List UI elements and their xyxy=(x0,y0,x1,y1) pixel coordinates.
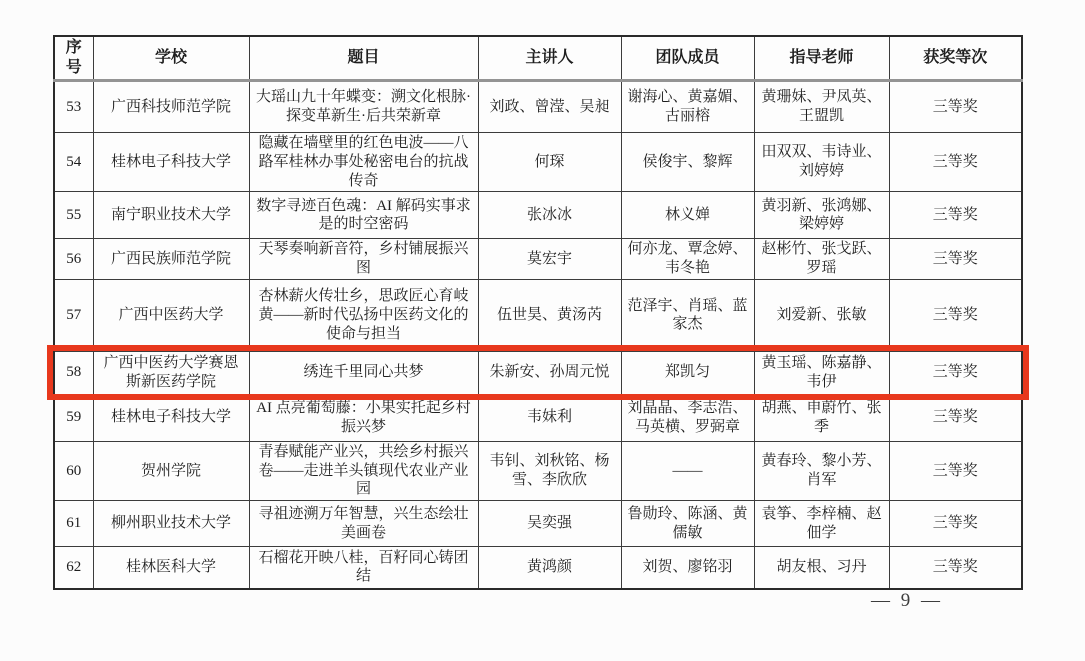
table-row: 61 柳州职业技术大学 寻祖迹溯万年智慧，兴生态绘壮美画卷 吴奕强 鲁勋玲、陈涵… xyxy=(54,501,1022,547)
cell-school: 桂林电子科技大学 xyxy=(93,133,249,192)
table-row: 55 南宁职业技术大学 数字寻迹百色魂：AI 解码实事求是的时空密码 张冰冰 林… xyxy=(54,192,1022,239)
cell-team-members: —— xyxy=(621,441,754,500)
cell-speaker: 黄鸿颜 xyxy=(478,547,621,589)
cell-speaker: 韦钊、刘秋铭、杨雪、李欣欣 xyxy=(478,441,621,500)
table-row: 54 桂林电子科技大学 隐藏在墙壁里的红色电波——八路军桂林办事处秘密电台的抗战… xyxy=(54,133,1022,192)
cell-school: 桂林医科大学 xyxy=(93,547,249,589)
cell-school: 广西中医药大学 xyxy=(93,279,249,351)
header-cell-team: 团队成员 xyxy=(621,36,754,81)
cell-award-level: 三等奖 xyxy=(889,279,1022,351)
header-cell-school: 学校 xyxy=(93,36,249,81)
cell-row-number: 53 xyxy=(54,81,93,133)
cell-award-level: 三等奖 xyxy=(889,547,1022,589)
table-row: 59 桂林电子科技大学 AI 点亮葡萄藤：小果实托起乡村振兴梦 韦妹利 刘晶晶、… xyxy=(54,394,1022,441)
cell-school: 桂林电子科技大学 xyxy=(93,394,249,441)
cell-team-members: 鲁勋玲、陈涵、黄儒敏 xyxy=(621,501,754,547)
cell-topic-title: 绣连千里同心共梦 xyxy=(249,351,478,394)
cell-topic-title: 天琴奏响新音符，乡村铺展振兴图 xyxy=(249,239,478,280)
cell-award-level: 三等奖 xyxy=(889,351,1022,394)
cell-team-members: 何亦龙、覃念婷、韦冬艳 xyxy=(621,239,754,280)
header-cell-speaker: 主讲人 xyxy=(478,36,621,81)
cell-award-level: 三等奖 xyxy=(889,501,1022,547)
cell-row-number: 59 xyxy=(54,394,93,441)
table-row: 57 广西中医药大学 杏林薪火传壮乡，思政匠心育岐黄——新时代弘扬中医药文化的使… xyxy=(54,279,1022,351)
cell-topic-title: 寻祖迹溯万年智慧，兴生态绘壮美画卷 xyxy=(249,501,478,547)
cell-advisors: 胡燕、申蔚竹、张季 xyxy=(754,394,889,441)
cell-team-members: 林义婵 xyxy=(621,192,754,239)
cell-row-number: 62 xyxy=(54,547,93,589)
table-row: 56 广西民族师范学院 天琴奏响新音符，乡村铺展振兴图 莫宏宇 何亦龙、覃念婷、… xyxy=(54,239,1022,280)
cell-award-level: 三等奖 xyxy=(889,192,1022,239)
cell-advisors: 刘爱新、张敏 xyxy=(754,279,889,351)
header-row: 序号 学校 题目 主讲人 团队成员 指导老师 获奖等次 xyxy=(54,36,1022,81)
cell-speaker: 伍世昊、黄汤芮 xyxy=(478,279,621,351)
award-results-table: 序号 学校 题目 主讲人 团队成员 指导老师 获奖等次 53 广西科技师范学院 … xyxy=(53,35,1023,590)
cell-school: 柳州职业技术大学 xyxy=(93,501,249,547)
cell-school: 贺州学院 xyxy=(93,441,249,500)
cell-row-number: 61 xyxy=(54,501,93,547)
cell-advisors: 黄玉瑶、陈嘉静、韦伊 xyxy=(754,351,889,394)
cell-row-number: 54 xyxy=(54,133,93,192)
cell-award-level: 三等奖 xyxy=(889,394,1022,441)
cell-topic-title: 隐藏在墙壁里的红色电波——八路军桂林办事处秘密电台的抗战传奇 xyxy=(249,133,478,192)
header-cell-advisors: 指导老师 xyxy=(754,36,889,81)
cell-school: 广西中医药大学赛恩斯新医药学院 xyxy=(93,351,249,394)
cell-award-level: 三等奖 xyxy=(889,239,1022,280)
cell-topic-title: 杏林薪火传壮乡，思政匠心育岐黄——新时代弘扬中医药文化的使命与担当 xyxy=(249,279,478,351)
cell-advisors: 黄羽新、张鸿娜、梁婷婷 xyxy=(754,192,889,239)
cell-team-members: 刘贺、廖铭羽 xyxy=(621,547,754,589)
cell-team-members: 郑凯匀 xyxy=(621,351,754,394)
header-cell-award: 获奖等次 xyxy=(889,36,1022,81)
header-cell-title: 题目 xyxy=(249,36,478,81)
document-page: 序号 学校 题目 主讲人 团队成员 指导老师 获奖等次 53 广西科技师范学院 … xyxy=(0,0,1085,661)
cell-team-members: 侯俊宇、黎辉 xyxy=(621,133,754,192)
cell-advisors: 袁筝、李梓楠、赵佃学 xyxy=(754,501,889,547)
cell-row-number: 57 xyxy=(54,279,93,351)
cell-row-number: 60 xyxy=(54,441,93,500)
table-row: 62 桂林医科大学 石榴花开映八桂，百籽同心铸团结 黄鸿颜 刘贺、廖铭羽 胡友根… xyxy=(54,547,1022,589)
cell-topic-title: 数字寻迹百色魂：AI 解码实事求是的时空密码 xyxy=(249,192,478,239)
cell-advisors: 胡友根、习丹 xyxy=(754,547,889,589)
cell-row-number: 58 xyxy=(54,351,93,394)
table-body: 53 广西科技师范学院 大瑶山九十年蝶变：溯文化根脉·探变革新生·后共荣新章 刘… xyxy=(54,81,1022,589)
cell-row-number: 56 xyxy=(54,239,93,280)
page-number: — 9 — xyxy=(852,590,962,612)
cell-speaker: 刘政、曾滢、吴昶 xyxy=(478,81,621,133)
cell-speaker: 吴奕强 xyxy=(478,501,621,547)
header-cell-no: 序号 xyxy=(54,36,93,81)
cell-advisors: 田双双、韦诗业、刘婷婷 xyxy=(754,133,889,192)
table-row: 60 贺州学院 青春赋能产业兴，共绘乡村振兴卷——走进羊头镇现代农业产业园 韦钊… xyxy=(54,441,1022,500)
cell-speaker: 莫宏宇 xyxy=(478,239,621,280)
cell-team-members: 范泽宇、肖瑶、蓝家杰 xyxy=(621,279,754,351)
cell-school: 广西民族师范学院 xyxy=(93,239,249,280)
cell-award-level: 三等奖 xyxy=(889,81,1022,133)
cell-award-level: 三等奖 xyxy=(889,441,1022,500)
cell-topic-title: 大瑶山九十年蝶变：溯文化根脉·探变革新生·后共荣新章 xyxy=(249,81,478,133)
cell-topic-title: 青春赋能产业兴，共绘乡村振兴卷——走进羊头镇现代农业产业园 xyxy=(249,441,478,500)
cell-school: 广西科技师范学院 xyxy=(93,81,249,133)
cell-speaker: 韦妹利 xyxy=(478,394,621,441)
cell-school: 南宁职业技术大学 xyxy=(93,192,249,239)
table-row: 58 广西中医药大学赛恩斯新医药学院 绣连千里同心共梦 朱新安、孙周元悦 郑凯匀… xyxy=(54,351,1022,394)
cell-speaker: 张冰冰 xyxy=(478,192,621,239)
cell-advisors: 赵彬竹、张戈跃、罗瑶 xyxy=(754,239,889,280)
cell-speaker: 何琛 xyxy=(478,133,621,192)
cell-topic-title: 石榴花开映八桂，百籽同心铸团结 xyxy=(249,547,478,589)
cell-speaker: 朱新安、孙周元悦 xyxy=(478,351,621,394)
cell-team-members: 谢海心、黄嘉媚、古丽榕 xyxy=(621,81,754,133)
cell-advisors: 黄珊妹、尹凤英、王盟凯 xyxy=(754,81,889,133)
table-header: 序号 学校 题目 主讲人 团队成员 指导老师 获奖等次 xyxy=(54,36,1022,81)
cell-award-level: 三等奖 xyxy=(889,133,1022,192)
cell-row-number: 55 xyxy=(54,192,93,239)
cell-topic-title: AI 点亮葡萄藤：小果实托起乡村振兴梦 xyxy=(249,394,478,441)
table-row: 53 广西科技师范学院 大瑶山九十年蝶变：溯文化根脉·探变革新生·后共荣新章 刘… xyxy=(54,81,1022,133)
cell-team-members: 刘晶晶、李志浩、马英横、罗弼章 xyxy=(621,394,754,441)
cell-advisors: 黄春玲、黎小芳、肖军 xyxy=(754,441,889,500)
